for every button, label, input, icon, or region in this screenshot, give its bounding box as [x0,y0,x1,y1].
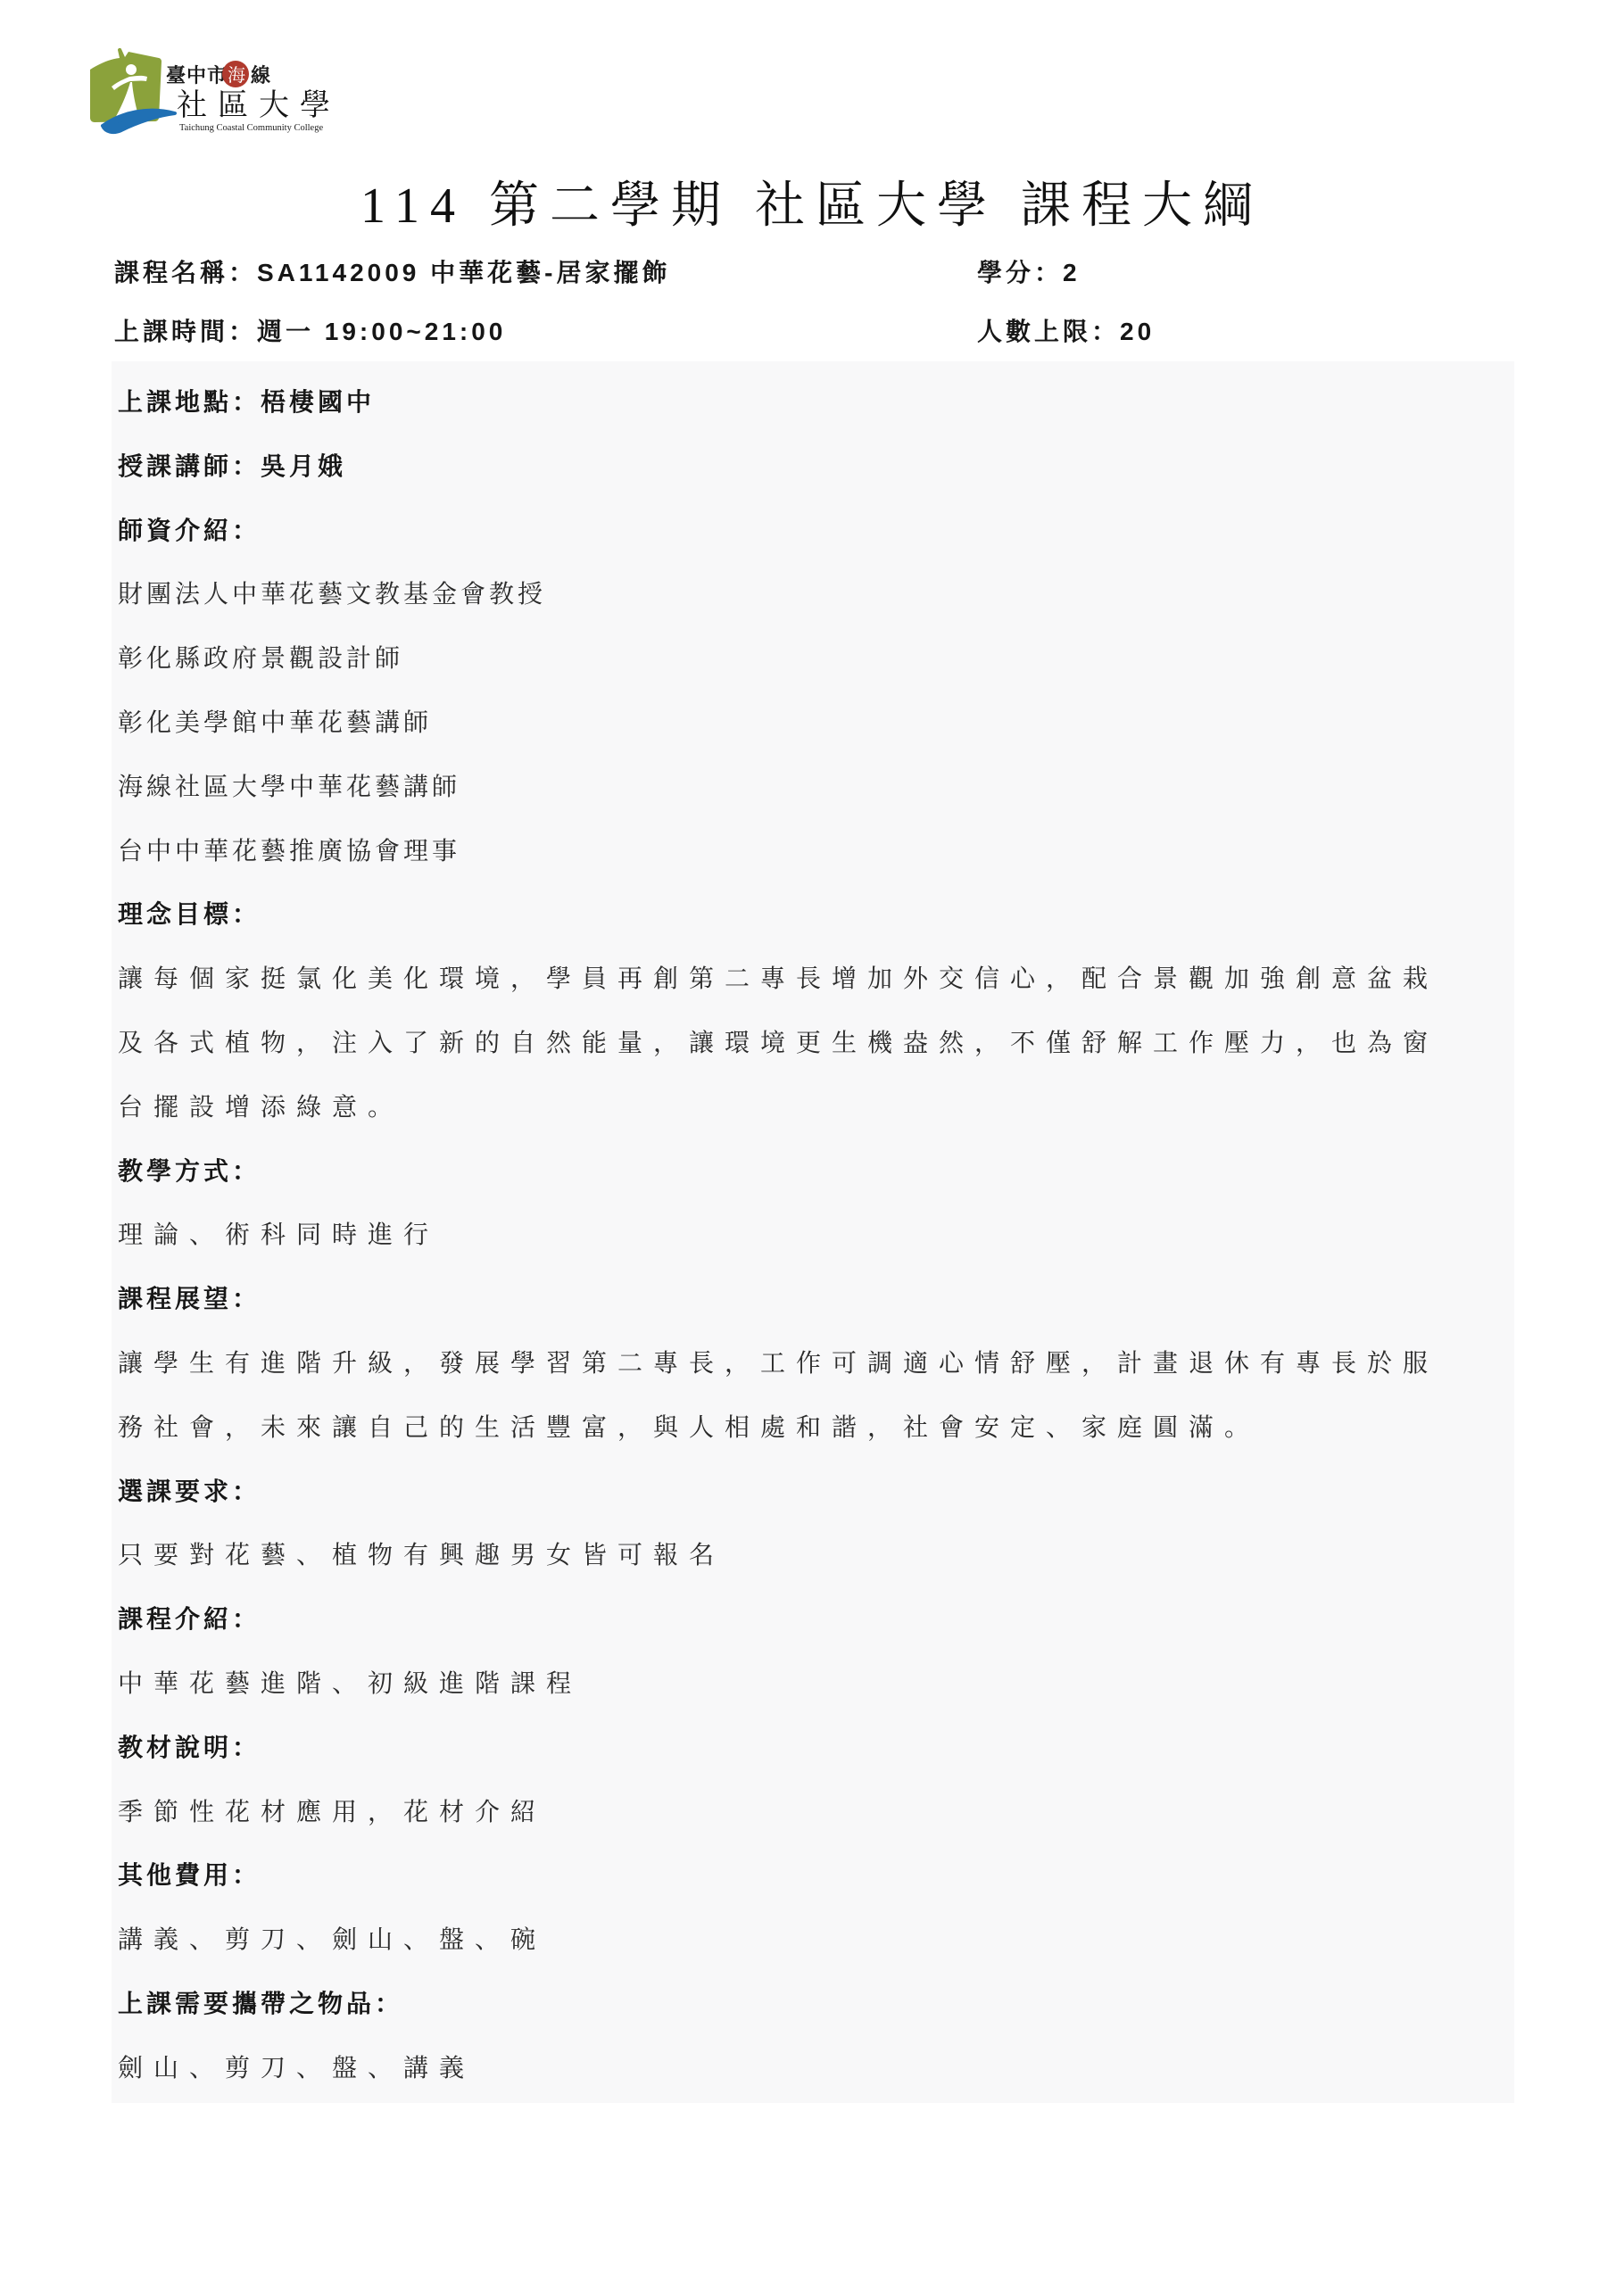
course-outline-page: { "logo": { "city_prefix": "臺中市", "circl… [0,0,1624,2285]
section-label: 師資介紹： [118,499,1514,563]
section-label: 上課地點：梧棲國中 [118,370,1514,435]
body-line: 理論、術科同時進行 [118,1203,1514,1267]
section-label: 教材說明： [118,1716,1514,1780]
body-line: 只要對花藝、植物有興趣男女皆可報名 [118,1523,1514,1587]
logo-line-char: 線 [250,64,270,87]
logo-school-name-en: Taichung Coastal Community College [179,123,323,133]
body-line: 及各式植物，注入了新的自然能量，讓環境更生機盎然，不僅舒解工作壓力，也為窗 [118,1011,1514,1075]
body-line: 財團法人中華花藝文教基金會教授 [118,562,1514,626]
body-line: 劍山、剪刀、盤、講義 [118,2036,1514,2100]
capacity-text: 人數上限：20 [977,312,1155,352]
section-label: 教學方式： [118,1139,1514,1204]
header-row-class-time: 上課時間：週一 19:00~21:00 人數上限：20 [114,312,1514,352]
credits-text: 學分：2 [977,253,1081,293]
logo-city-text: 臺中市 [166,64,228,87]
body-line: 務社會，未來讓自己的生活豐富，與人相處和諧，社會安定、家庭圓滿。 [118,1395,1514,1460]
section-label: 選課要求： [118,1460,1514,1524]
panel-lines: 上課地點：梧棲國中授課講師：吳月娥師資介紹：財團法人中華花藝文教基金會教授彰化縣… [118,370,1514,2100]
section-label: 課程介紹： [118,1587,1514,1652]
body-line: 彰化美學館中華花藝講師 [118,691,1514,755]
section-label: 上課需要攜帶之物品： [118,1972,1514,2036]
body-line: 台中中華花藝推廣協會理事 [118,819,1514,883]
header-row-course-name: 課程名稱：SA1142009 中華花藝-居家擺飾 學分：2 [114,253,1514,293]
body-line: 讓每個家挺氯化美化環境，學員再創第二專長增加外交信心，配合景觀加強創意盆栽 [118,947,1514,1011]
class-time-text: 上課時間：週一 19:00~21:00 [114,318,506,345]
body-line: 台擺設增添綠意。 [118,1075,1514,1139]
course-detail-panel: 上課地點：梧棲國中授課講師：吳月娥師資介紹：財團法人中華花藝文教基金會教授彰化縣… [112,361,1514,2103]
college-logo: 臺中市 海 線 社區大學 Taichung Coastal Community … [87,37,355,143]
body-line: 彰化縣政府景觀設計師 [118,626,1514,691]
page-title: 114 第二學期 社區大學 課程大綱 [0,166,1624,237]
section-label: 課程展望： [118,1267,1514,1331]
body-line: 讓學生有進階升級，發展學習第二專長，工作可調適心情舒壓，計畫退休有專長於服 [118,1331,1514,1395]
body-line: 中華花藝進階、初級進階課程 [118,1652,1514,1716]
body-line: 講義、剪刀、劍山、盤、碗 [118,1908,1514,1972]
logo-sea-char: 海 [228,65,245,86]
section-label: 理念目標： [118,882,1514,947]
course-name-text: 課程名稱：SA1142009 中華花藝-居家擺飾 [114,259,670,286]
logo-school-name: 社區大學 [177,88,341,122]
body-line: 海線社區大學中華花藝講師 [118,755,1514,819]
section-label: 其他費用： [118,1843,1514,1908]
body-line: 季節性花材應用，花材介紹 [118,1780,1514,1844]
section-label: 授課講師：吳月娥 [118,435,1514,499]
